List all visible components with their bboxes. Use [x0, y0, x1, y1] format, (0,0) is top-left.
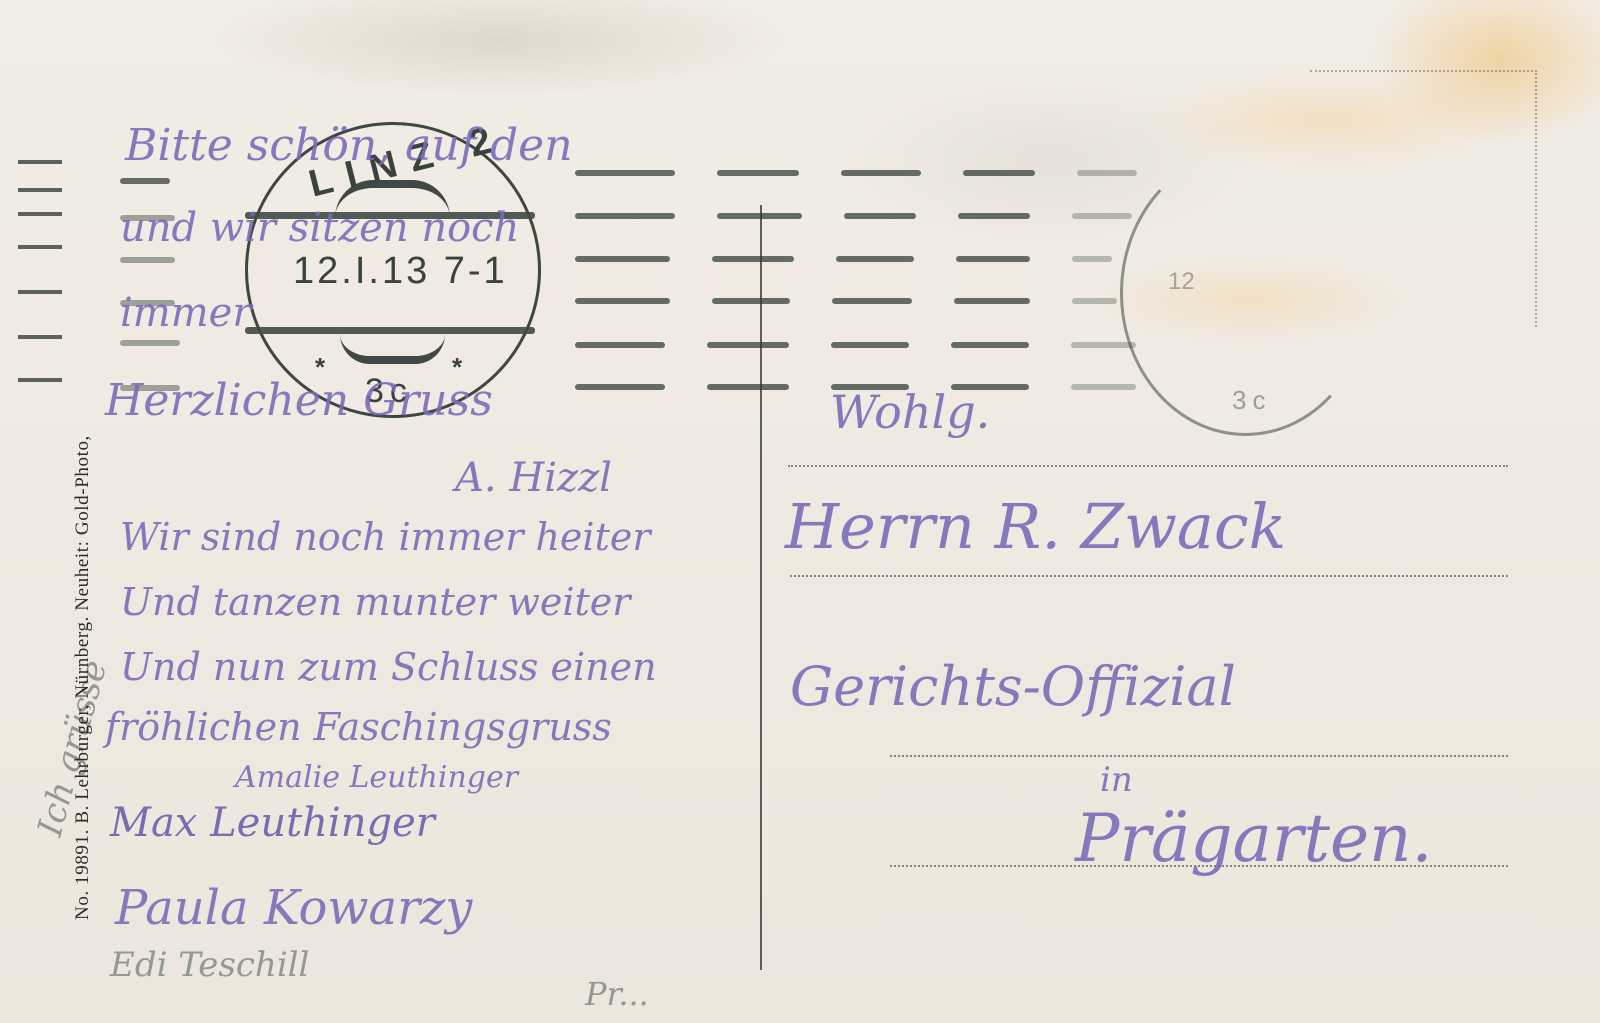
address-name: Herrn R. Zwack: [785, 490, 1286, 563]
message-line: Und nun zum Schluss einen: [120, 645, 657, 689]
address-place: Prägarten.: [1075, 800, 1433, 877]
edge-mark: [18, 188, 62, 192]
edge-mark: [18, 335, 62, 339]
signature: Paula Kowarzy: [115, 880, 472, 936]
message-line: Und tanzen munter weiter: [120, 580, 630, 624]
message-line: fröhlichen Faschingsgruss: [105, 705, 612, 749]
stamp-area: [1310, 70, 1537, 327]
signature: Amalie Leuthinger: [235, 760, 518, 795]
message-signature: A. Hizzl: [455, 455, 612, 501]
divider-line: [760, 205, 762, 970]
edge-mark: [18, 378, 62, 382]
ghost-postmark-date: 12: [1168, 268, 1195, 296]
address-preposition: in: [1100, 760, 1133, 800]
address-line-2: [790, 575, 1508, 577]
cancellation-lines: [120, 178, 170, 184]
message-line: Herzlichen Gruss: [105, 375, 493, 426]
edge-mark: [18, 290, 62, 294]
edge-mark: [18, 212, 62, 216]
message-line: Wir sind noch immer heiter: [120, 515, 651, 559]
signature: Max Leuthinger: [110, 800, 435, 846]
ghost-postmark-code: 3c: [1232, 385, 1271, 416]
postmark-date: 12.I.13 7-1: [293, 250, 508, 293]
address-title: Gerichts-Offizial: [790, 655, 1236, 718]
signature-pencil: Pr...: [585, 975, 649, 1013]
address-line-1: [788, 465, 1508, 467]
address-line-3: [890, 755, 1508, 757]
edge-mark: [18, 160, 62, 164]
publisher-imprint: No. 19891. B. Lehrburger, Nürnberg. Neuh…: [72, 435, 94, 920]
message-line: immer: [120, 290, 251, 336]
postcard-back: Ich grüsse No. 19891. B. Lehrburger, Nür…: [0, 0, 1600, 1023]
edge-mark: [18, 245, 62, 249]
message-line: und wir sitzen noch: [120, 205, 519, 251]
address-salutation: Wohlg.: [830, 385, 990, 439]
message-line: Bitte schön, auf den: [125, 120, 573, 171]
signature-pencil: Edi Teschill: [110, 945, 309, 985]
